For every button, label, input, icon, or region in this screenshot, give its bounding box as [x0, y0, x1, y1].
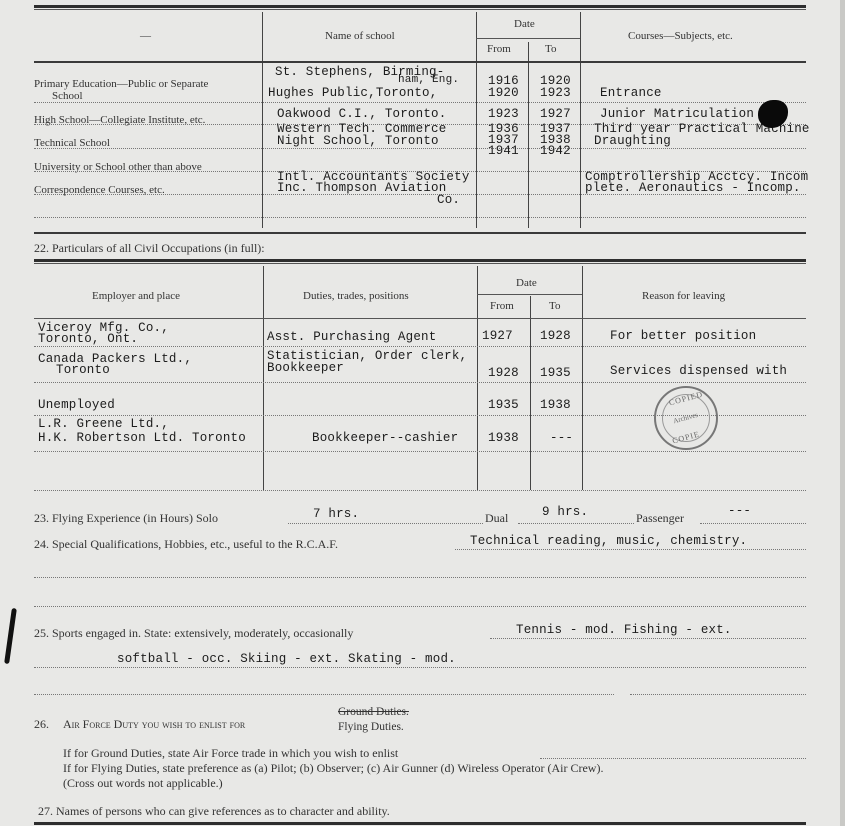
- col-divider: [530, 296, 531, 490]
- passenger-line: [700, 523, 806, 524]
- reason-header: Reason for leaving: [642, 290, 725, 302]
- employer-header: Employer and place: [92, 290, 180, 302]
- from-year: 1938: [488, 431, 519, 445]
- duties-entry: Bookkeeper--cashier: [312, 431, 458, 445]
- occupations-header-bottom: [34, 318, 806, 319]
- from-header: From: [487, 43, 511, 55]
- section-23-label: 23. Flying Experience (in Hours) Solo: [34, 511, 218, 526]
- to-year: 1942: [540, 144, 571, 158]
- reason-entry: For better position: [610, 329, 756, 343]
- course-entry: plete. Aeronautics - Incomp.: [585, 181, 801, 195]
- section-27-label: 27. Names of persons who can give refere…: [38, 804, 390, 819]
- row-line: [34, 148, 806, 149]
- to-year: 1927: [540, 107, 571, 121]
- section-25-label: 25. Sports engaged in. State: extensivel…: [34, 626, 353, 641]
- date-header-divider: [477, 294, 582, 295]
- row-line: [34, 217, 806, 218]
- solo-line: [288, 523, 483, 524]
- flying-duties-instruction: If for Flying Duties, state preference a…: [63, 761, 603, 776]
- to-header: To: [545, 43, 556, 55]
- trade-line: [540, 758, 806, 759]
- section-26-number: 26.: [34, 717, 49, 732]
- ground-duties-instruction: If for Ground Duties, state Air Force tr…: [63, 746, 398, 761]
- table-bottom-border: [34, 232, 806, 234]
- from-year: 1928: [488, 366, 519, 380]
- row-label-primary-school: School: [52, 90, 83, 102]
- to-header: To: [549, 300, 560, 312]
- to-year: ---: [550, 431, 573, 445]
- from-header: From: [490, 300, 514, 312]
- col-divider: [477, 266, 478, 490]
- employer-entry: L.R. Greene Ltd.,: [38, 417, 169, 431]
- from-year: 1927: [482, 329, 513, 343]
- sports-value-line1: Tennis - mod. Fishing - ext.: [516, 623, 732, 637]
- table-top-border: [34, 5, 806, 8]
- employer-entry-cont: H.K. Robertson Ltd. Toronto: [38, 431, 246, 445]
- row-line: [34, 382, 806, 383]
- sports-line: [490, 638, 806, 639]
- category-header: —: [140, 30, 151, 42]
- school-entry: Oakwood C.I., Toronto.: [277, 107, 446, 121]
- passenger-label: Passenger: [636, 511, 684, 526]
- row-line: [34, 451, 806, 452]
- from-year: 1923: [488, 107, 519, 121]
- date-header-divider: [476, 38, 580, 39]
- cross-out-note: (Cross out words not applicable.): [63, 776, 223, 791]
- col-divider: [263, 266, 264, 490]
- course-entry: Junior Matriculation: [600, 107, 754, 121]
- sports-line: [630, 694, 806, 695]
- employer-entry-cont: Toronto: [56, 363, 110, 377]
- qualifications-line: [455, 549, 806, 550]
- from-year: 1920: [488, 86, 519, 100]
- duties-header: Duties, trades, positions: [303, 290, 409, 302]
- dual-hours: 9 hrs.: [542, 505, 588, 519]
- header-bottom-border: [34, 61, 806, 63]
- page-edge: [840, 0, 845, 826]
- row-line: [34, 490, 806, 491]
- courses-header: Courses—Subjects, etc.: [628, 30, 733, 42]
- reason-entry: Services dispensed with: [610, 364, 787, 378]
- to-year: 1938: [540, 398, 571, 412]
- solo-hours: 7 hrs.: [313, 507, 359, 521]
- col-divider: [476, 12, 477, 228]
- option-flying-duties: Flying Duties.: [338, 721, 404, 733]
- section-22-title: 22. Particulars of all Civil Occupations…: [34, 241, 265, 256]
- sports-line: [34, 667, 806, 668]
- date-header: Date: [514, 18, 535, 30]
- occupations-top-border: [34, 259, 806, 262]
- to-year: 1935: [540, 366, 571, 380]
- date-header: Date: [516, 277, 537, 289]
- school-entry: Co.: [437, 193, 460, 207]
- occupations-top-border-inner: [34, 263, 806, 264]
- sports-line: [34, 694, 614, 695]
- copied-stamp: COPIED Archives COPIE: [654, 386, 718, 450]
- qualifications-line: [34, 606, 806, 607]
- school-entry: Hughes Public,Toronto,: [268, 86, 437, 100]
- col-divider: [262, 12, 263, 228]
- from-year: 1935: [488, 398, 519, 412]
- option-ground-duties: Ground Duties.: [338, 706, 409, 718]
- section-27-border: [34, 822, 806, 825]
- school-entry: Inc. Thompson Aviation: [277, 181, 446, 195]
- col-divider: [580, 12, 581, 228]
- dual-label: Dual: [485, 511, 508, 526]
- pen-mark: [4, 608, 17, 664]
- col-divider: [582, 266, 583, 490]
- row-line: [34, 102, 806, 103]
- qualifications-line: [34, 577, 806, 578]
- employer-entry-cont: Toronto, Ont.: [38, 332, 138, 346]
- dual-line: [518, 523, 634, 524]
- course-entry: Draughting: [594, 134, 671, 148]
- to-year: 1923: [540, 86, 571, 100]
- sports-value-line2: softball - occ. Skiing - ext. Skating - …: [117, 652, 456, 666]
- duties-entry: Asst. Purchasing Agent: [267, 330, 436, 344]
- section-26-label: Air Force Duty you wish to enlist for: [63, 717, 245, 732]
- course-entry: Entrance: [600, 86, 662, 100]
- row-line: [34, 346, 806, 347]
- school-header: Name of school: [325, 30, 395, 42]
- to-year: 1928: [540, 329, 571, 343]
- school-entry: Night School, Toronto: [277, 134, 439, 148]
- section-24-label: 24. Special Qualifications, Hobbies, etc…: [34, 537, 338, 552]
- table-top-border-inner: [34, 9, 806, 10]
- row-label-primary: Primary Education—Public or Separate: [34, 78, 208, 90]
- employer-entry: Unemployed: [38, 398, 115, 412]
- duties-entry-cont: Bookkeeper: [267, 361, 344, 375]
- from-year: 1941: [488, 144, 519, 158]
- form-page: — Name of school Date From To Courses—Su…: [0, 0, 845, 826]
- passenger-hours: ---: [728, 504, 751, 518]
- col-divider: [528, 42, 529, 228]
- qualifications-value: Technical reading, music, chemistry.: [470, 534, 747, 548]
- school-entry-cont: ham, Eng.: [398, 74, 459, 86]
